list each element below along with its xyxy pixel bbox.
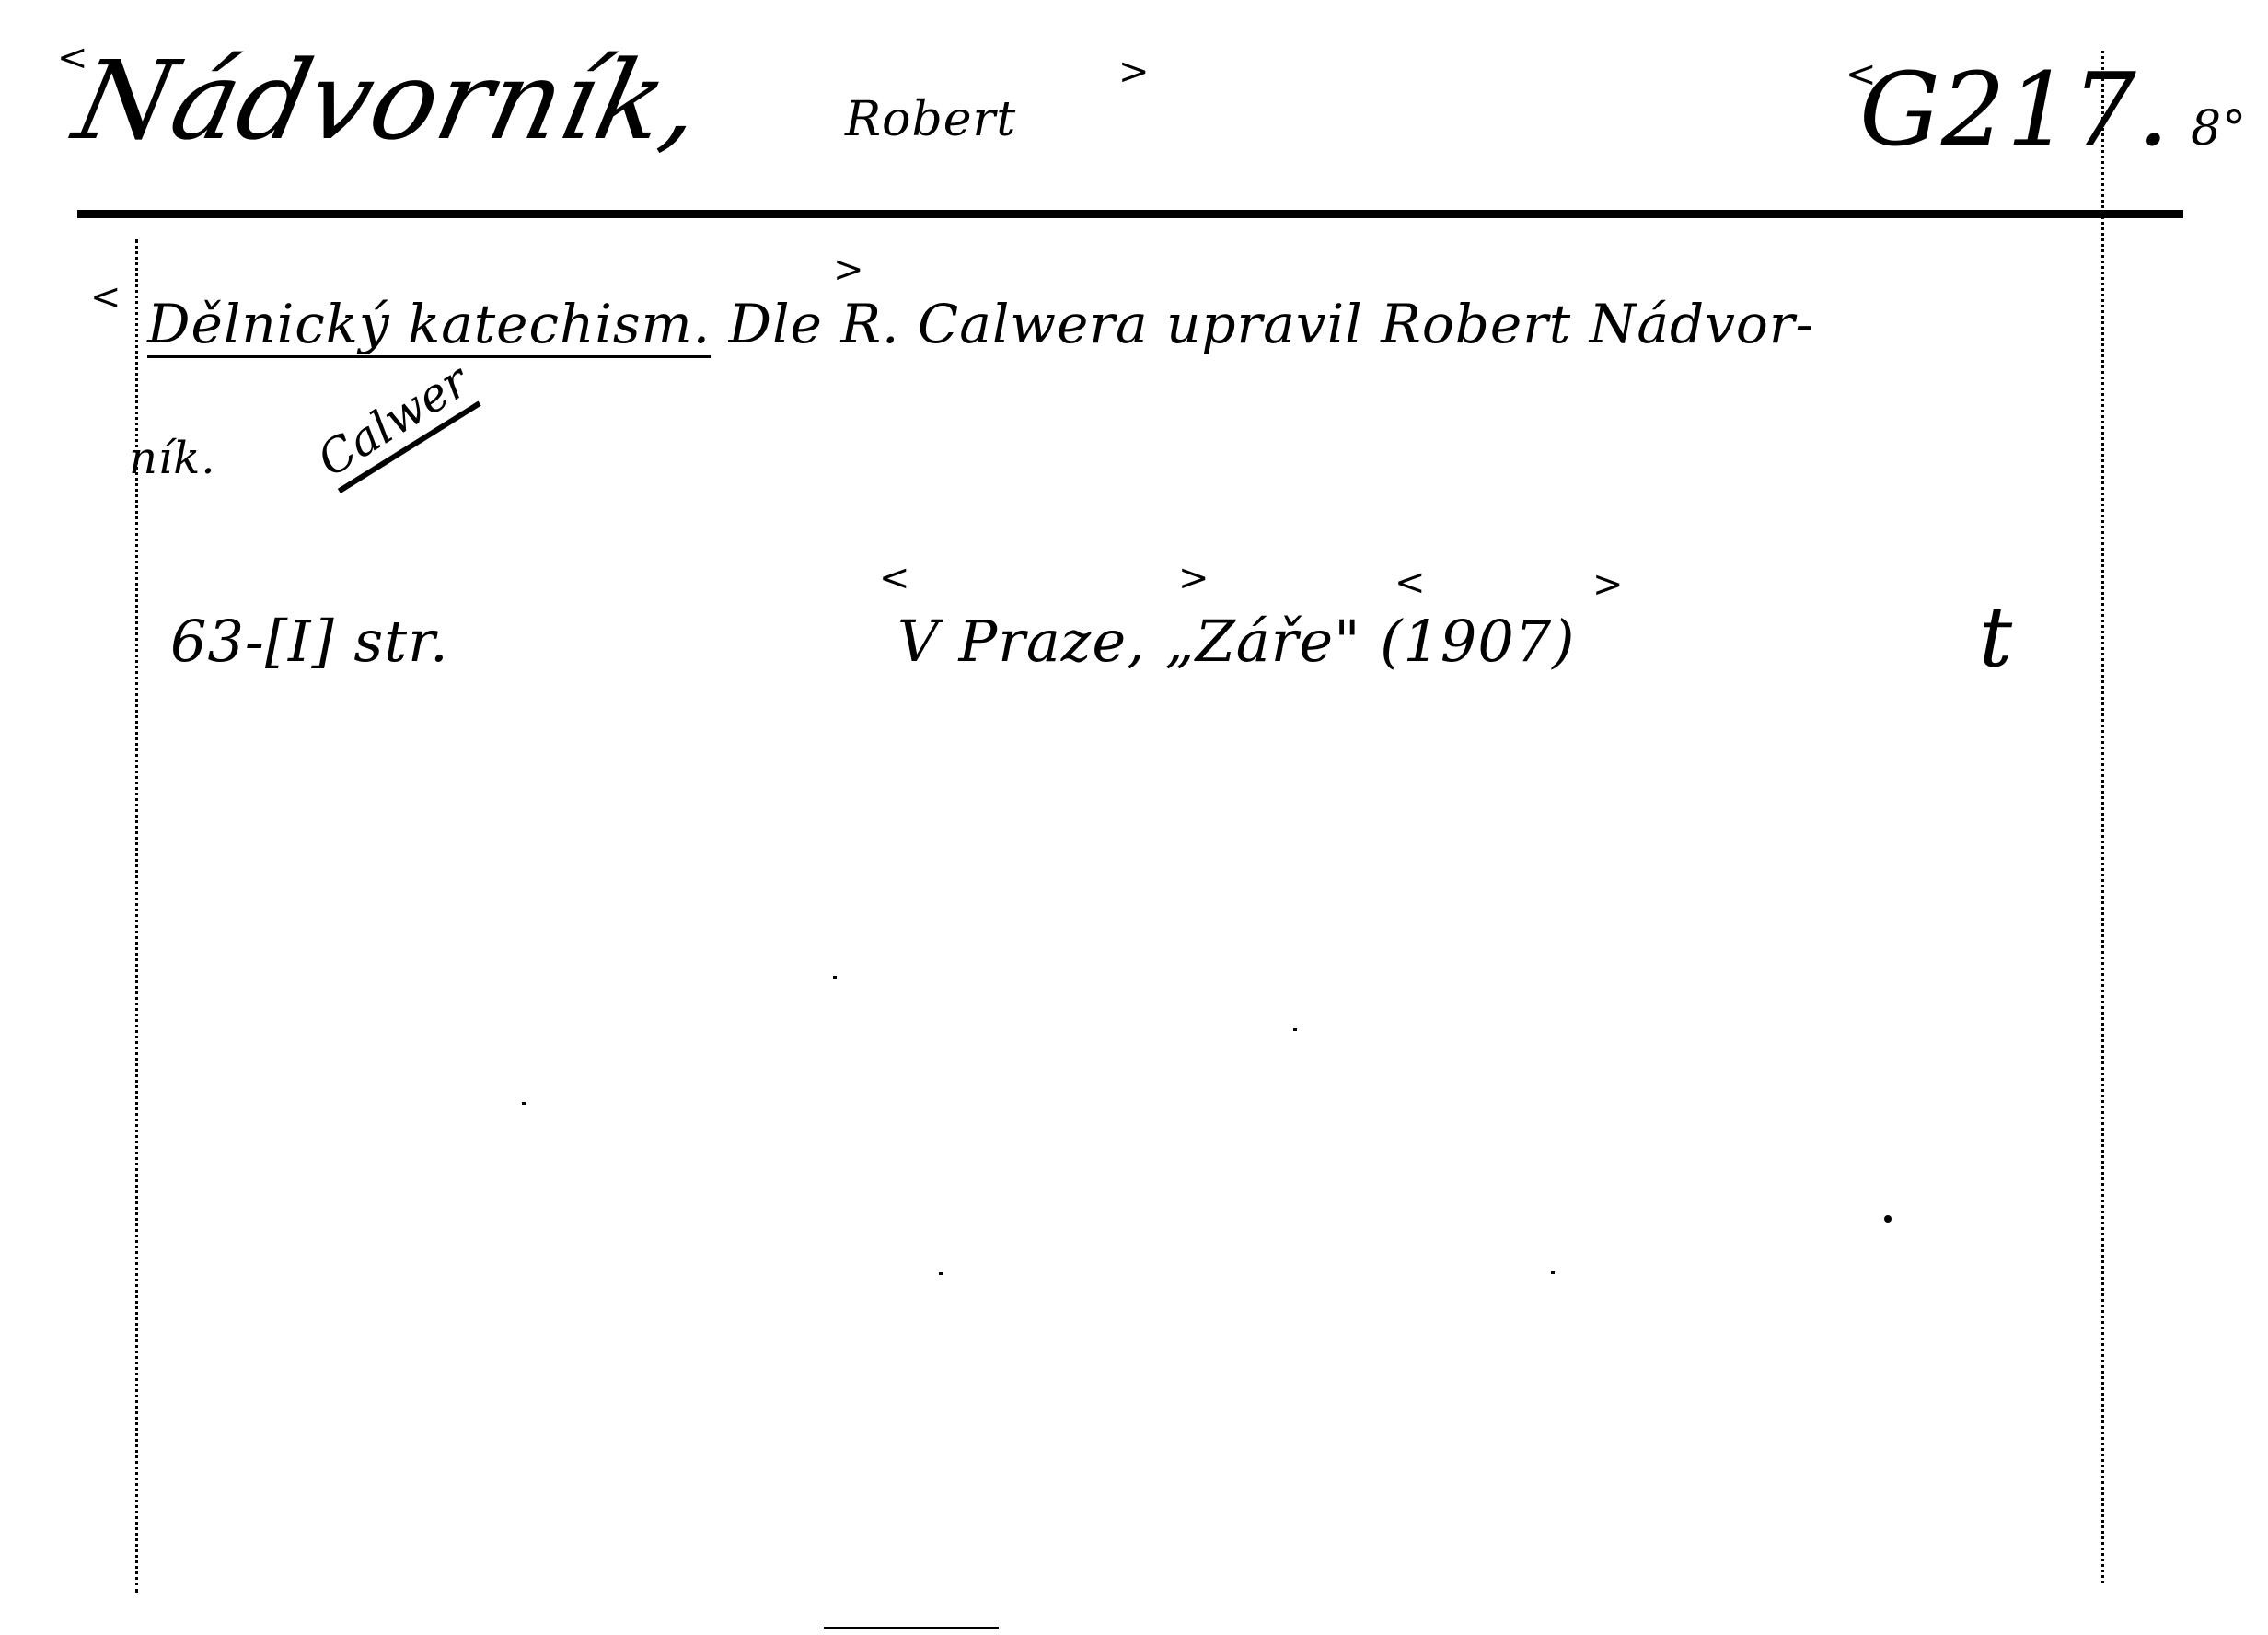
open-mark: < xyxy=(90,276,121,319)
imprint: V Praze, „Záře" (1907) xyxy=(897,608,1575,675)
scan-speck xyxy=(522,1102,526,1105)
open-mark: < xyxy=(1846,53,1877,96)
added-heading: Calwer xyxy=(308,354,481,493)
heading-rule xyxy=(77,210,2183,218)
title-text: Dělnický katechism. xyxy=(147,293,711,355)
right-margin-line xyxy=(2101,51,2104,1583)
open-mark: < xyxy=(879,557,910,599)
title-line-2: ník. xyxy=(129,433,216,484)
open-mark: < xyxy=(57,37,88,79)
close-mark: > xyxy=(1592,563,1624,606)
open-mark: < xyxy=(1394,562,1426,604)
heading-given-name: Robert xyxy=(845,92,1016,147)
scan-speck xyxy=(833,976,837,979)
scan-speck xyxy=(1884,1215,1892,1223)
title-statement: Dle R. Calwera upravil Robert Nádvor- xyxy=(729,293,1815,355)
status-mark: t xyxy=(1979,589,2013,686)
format-size: 8° xyxy=(2191,101,2247,157)
call-number: G217. xyxy=(1859,51,2170,168)
scan-speck xyxy=(939,1272,943,1275)
title-line-1: Dělnický katechism. Dle R. Calwera uprav… xyxy=(147,293,1814,355)
close-mark: > xyxy=(1118,51,1150,93)
bottom-edge-line xyxy=(824,1627,999,1629)
heading-surname: Nádvorník, xyxy=(64,37,713,164)
scan-speck xyxy=(1551,1271,1555,1274)
catalog-card: Nádvorník, Robert G217. 8° < > < < Dělni… xyxy=(0,0,2268,1635)
close-mark: > xyxy=(833,249,864,291)
collation: 63-[I] str. xyxy=(170,608,449,675)
scan-speck xyxy=(1293,1028,1297,1031)
close-mark: > xyxy=(1178,557,1209,599)
